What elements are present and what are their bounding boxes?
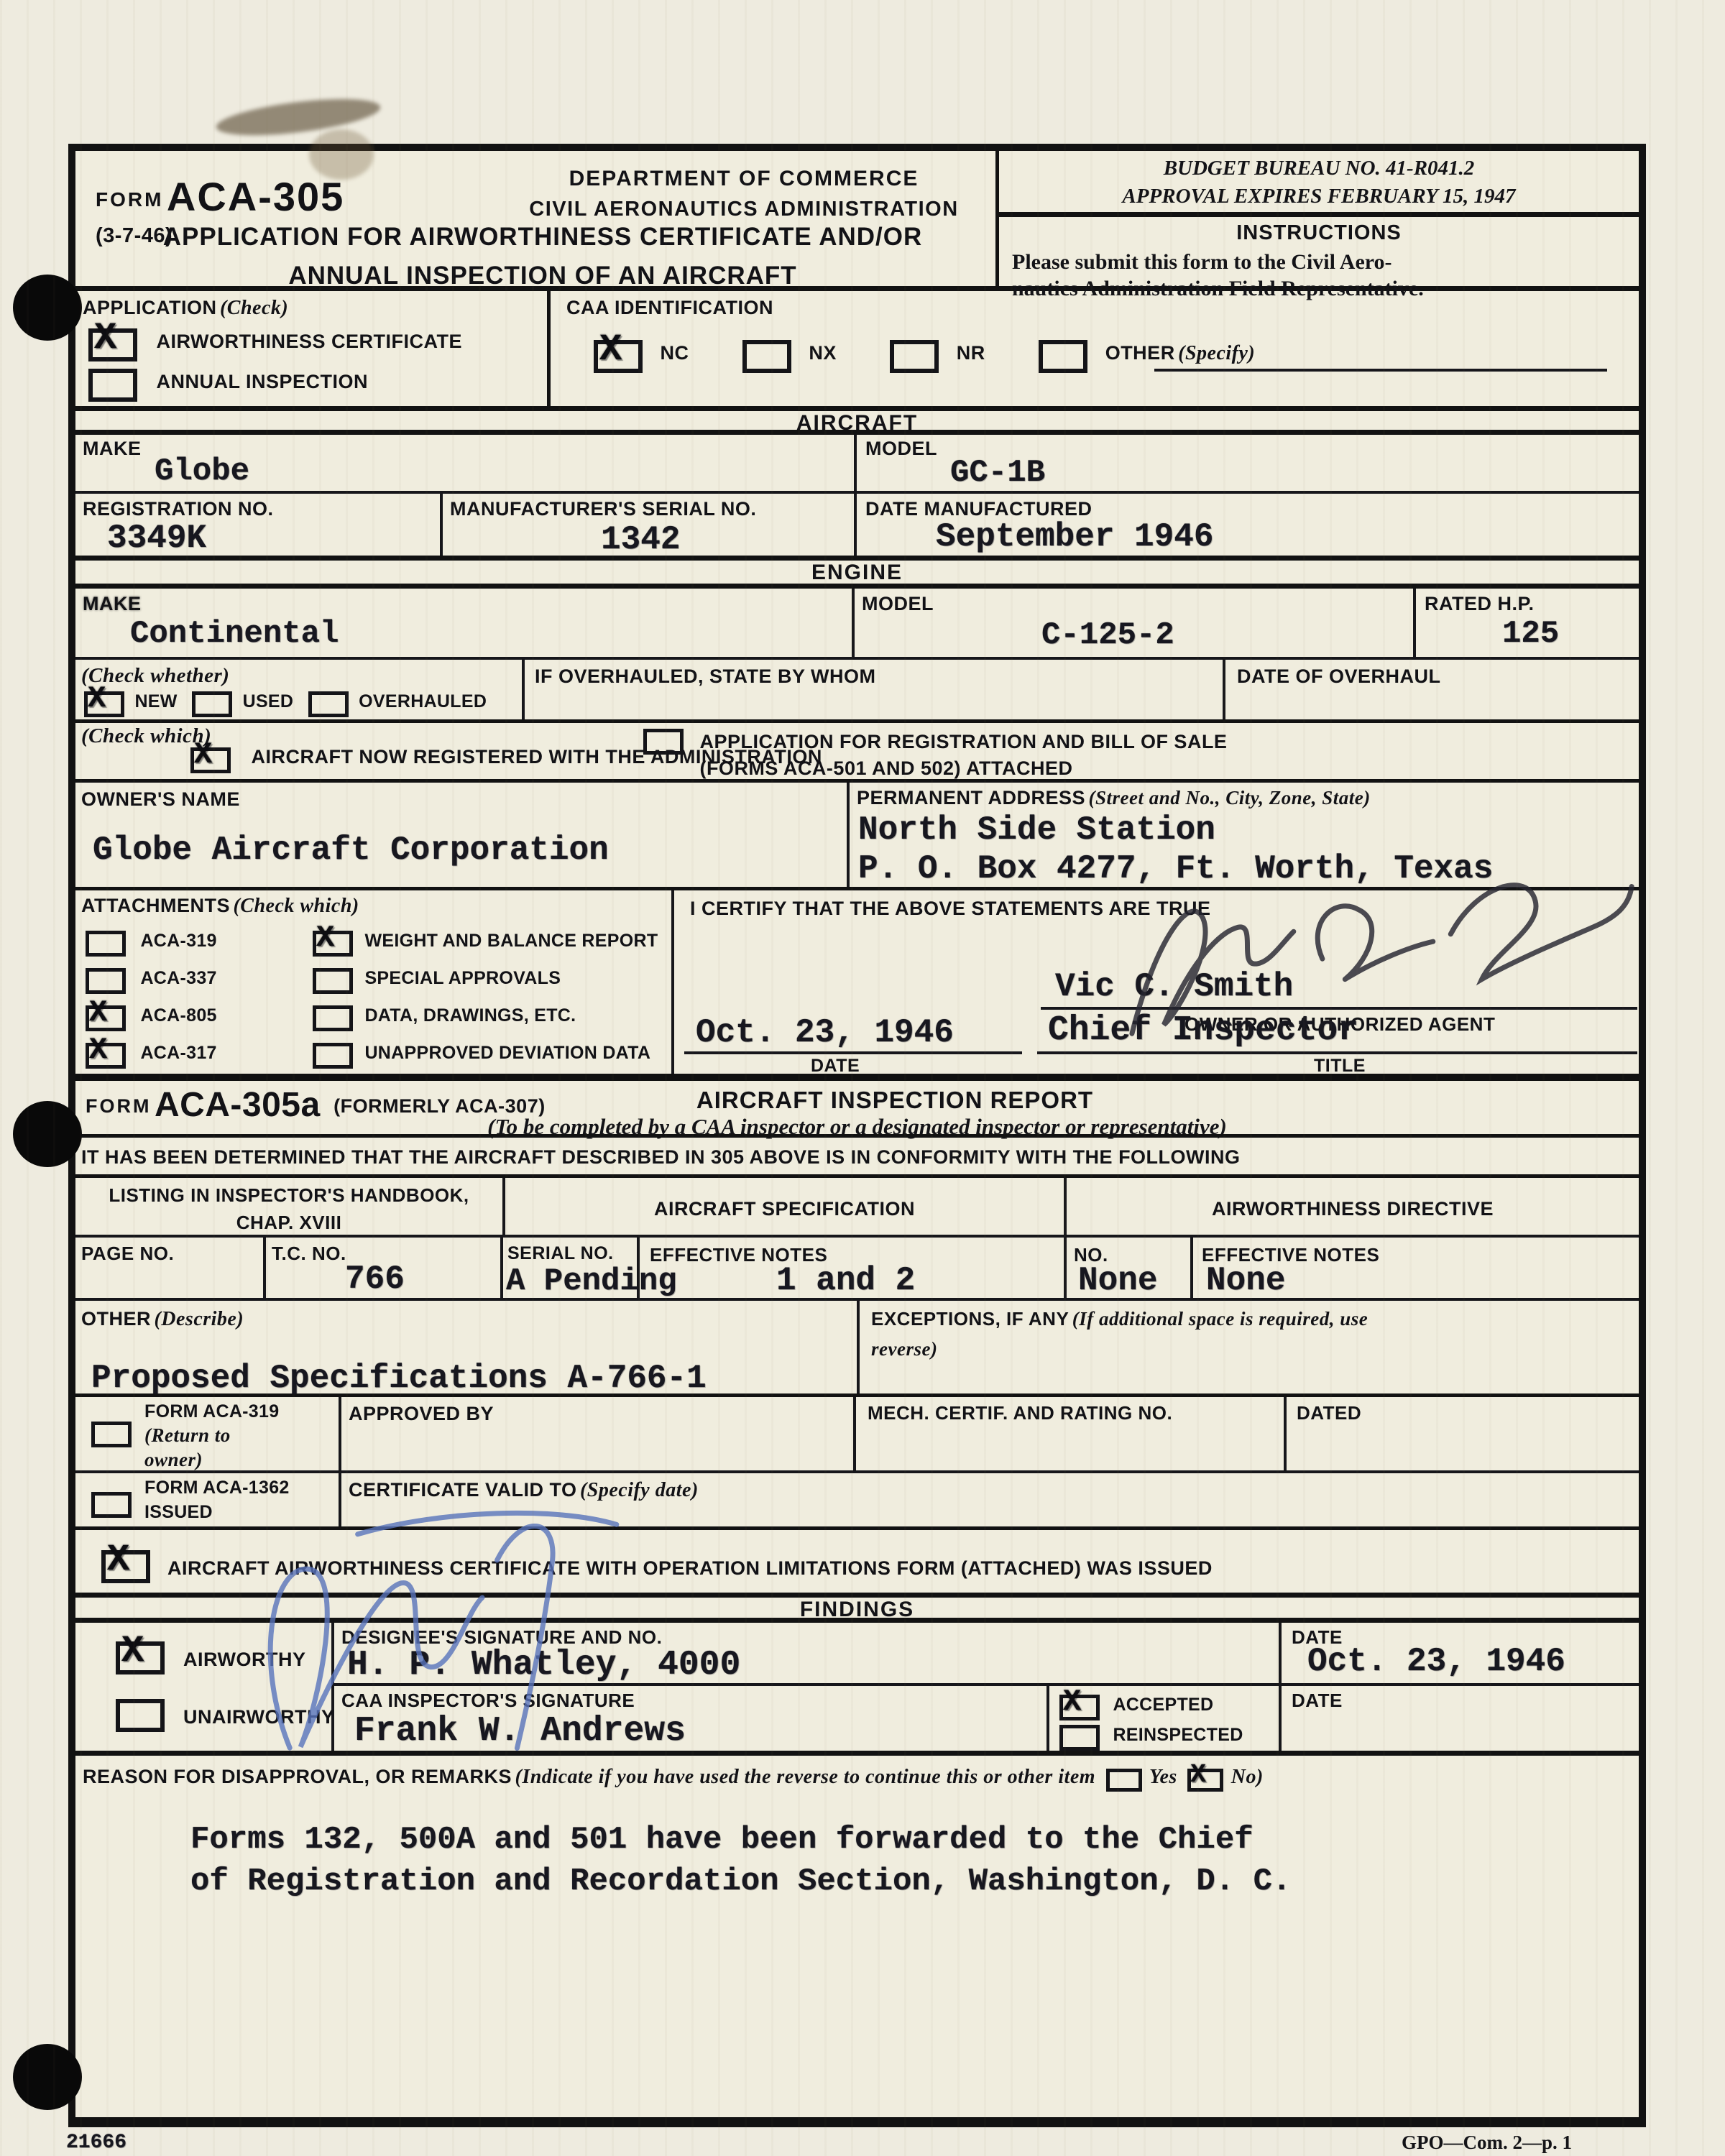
directive-no-cell: NO. None	[1067, 1238, 1193, 1298]
owner-name-label: OWNER'S NAME	[81, 788, 240, 811]
aircraft-registered-checkbox[interactable]: X	[190, 747, 231, 773]
checkbox-box	[192, 691, 232, 717]
designee-signature-cell: DESIGNEE'S SIGNATURE AND NO. H. P. Whatl…	[334, 1623, 1282, 1686]
checkbox-x-mark: X	[88, 681, 106, 716]
date-manufactured-label: DATE MANUFACTURED	[865, 498, 1092, 520]
directive-no-value: None	[1078, 1262, 1157, 1299]
remarks-line1: Forms 132, 500A and 501 have been forwar…	[190, 1822, 1253, 1858]
page-no-cell: PAGE NO.	[75, 1238, 266, 1298]
date-manufactured-cell: DATE MANUFACTURED September 1946	[857, 494, 1639, 556]
other-checkbox[interactable]	[1039, 340, 1087, 373]
checkbox-box	[88, 369, 137, 402]
date-of-overhaul-cell: DATE OF OVERHAUL	[1225, 660, 1639, 719]
designee-signature-value: H. P. Whatley, 4000	[347, 1646, 740, 1685]
form-label: FORM	[96, 188, 163, 211]
engine-model-label: MODEL	[862, 593, 934, 615]
form-aca-1362-checkbox[interactable]	[91, 1492, 132, 1518]
reason-for-disapproval-row: REASON FOR DISAPPROVAL, OR REMARKS (Indi…	[75, 1751, 1639, 1797]
engine-overhauled-checkbox[interactable]	[308, 691, 349, 717]
exceptions-cell: EXCEPTIONS, IF ANY (If additional space …	[860, 1301, 1639, 1393]
spec-serial-cell: SERIAL NO. A Pending	[503, 1238, 640, 1298]
data-drawings-label: DATA, DRAWINGS, ETC.	[364, 1005, 576, 1026]
attachments-label: ATTACHMENTS	[81, 895, 230, 916]
aircraft-spec-header: AIRCRAFT SPECIFICATION	[505, 1198, 1064, 1220]
header-right-cell: BUDGET BUREAU NO. 41-R041.2 APPROVAL EXP…	[999, 151, 1639, 286]
attachments-label-italic: (Check which)	[233, 895, 359, 917]
aca-319-label: ACA-319	[140, 931, 216, 951]
certificate-issued-row: X AIRCRAFT AIRWORTHINESS CERTIFICATE WIT…	[75, 1526, 1639, 1593]
accepted-reinspected-cell: X ACCEPTED REINSPECTED	[1049, 1686, 1282, 1751]
handbook-header-line1: LISTING IN INSPECTOR'S HANDBOOK,	[75, 1185, 502, 1207]
checkbox-x-mark: X	[599, 328, 622, 371]
checkbox-box	[313, 968, 353, 994]
form-305a-header-row: FORM ACA-305a (FORMERLY ACA-307) AIRCRAF…	[75, 1074, 1639, 1134]
directive-eff-notes-cell: EFFECTIVE NOTES None	[1193, 1238, 1639, 1298]
budget-bureau-number: BUDGET BUREAU NO. 41-R041.2	[999, 157, 1639, 180]
rated-hp-label: RATED H.P.	[1425, 593, 1535, 615]
bill-of-sale-label-line2: (FORMS ACA-501 AND 502) ATTACHED	[699, 757, 1227, 780]
engine-make-label: MAKE	[83, 593, 142, 615]
registration-no-cell: REGISTRATION NO. 3349K	[75, 494, 443, 556]
certification-cell: I CERTIFY THAT THE ABOVE STATEMENTS ARE …	[674, 890, 1639, 1074]
mech-certif-cell: MECH. CERTIF. AND RATING NO.	[856, 1397, 1287, 1470]
unairworthy-label: UNAIRWORTHY	[183, 1706, 335, 1728]
certificate-issued-label: AIRCRAFT AIRWORTHINESS CERTIFICATE WITH …	[167, 1557, 1213, 1580]
aircraft-section-title: AIRCRAFT	[796, 411, 918, 434]
attachments-cell: ATTACHMENTS (Check which) ACA-319 ACA-33…	[75, 890, 674, 1074]
findings-unairworthy-row: UNAIRWORTHY CAA INSPECTOR'S SIGNATURE Fr…	[75, 1686, 1639, 1751]
other-describe-cell: OTHER (Describe) Proposed Specifications…	[75, 1301, 860, 1393]
engine-section-title: ENGINE	[811, 561, 903, 584]
engine-make-model-row: MAKE Continental MODEL C-125-2 RATED H.P…	[75, 589, 1639, 657]
weight-balance-label: WEIGHT AND BALANCE REPORT	[364, 931, 658, 951]
engine-condition-row: (Check whether) X NEW USED OVERHAULED IF…	[75, 657, 1639, 719]
registration-no-label: REGISTRATION NO.	[83, 498, 274, 520]
handbook-header-cell: LISTING IN INSPECTOR'S HANDBOOK, CHAP. X…	[75, 1178, 505, 1235]
approved-by-cell: APPROVED BY	[341, 1397, 856, 1470]
certificate-issued-checkbox[interactable]: X	[101, 1550, 150, 1583]
accepted-checkbox[interactable]: X	[1059, 1695, 1100, 1720]
aircraft-model-cell: MODEL GC-1B	[857, 435, 1639, 491]
findings-section-bar: FINDINGS	[75, 1593, 1639, 1623]
permanent-address-label-italic: (Street and No., City, Zone, State)	[1088, 787, 1370, 808]
form-title-line1: APPLICATION FOR AIRWORTHINESS CERTIFICAT…	[104, 223, 981, 252]
airworthy-checkbox[interactable]: X	[116, 1641, 165, 1674]
certify-statement: I CERTIFY THAT THE ABOVE STATEMENTS ARE …	[690, 898, 1211, 920]
other-label-italic: (Specify)	[1178, 342, 1255, 364]
annual-inspection-checkbox[interactable]	[88, 369, 137, 402]
reason-for-disapproval-italic: (Indicate if you have used the reverse t…	[515, 1766, 1096, 1788]
engine-used-checkbox[interactable]	[192, 691, 232, 717]
application-cell: APPLICATION (Check) X AIRWORTHINESS CERT…	[75, 291, 551, 406]
aca-805-checkbox[interactable]: X	[86, 1005, 126, 1031]
serial-no-value: 1342	[601, 521, 680, 558]
checkbox-box	[91, 1492, 132, 1518]
aca-317-label: ACA-317	[140, 1043, 216, 1063]
form-aca-319-return-line2: owner)	[144, 1449, 203, 1471]
airworthiness-certificate-checkbox[interactable]: X	[88, 328, 137, 361]
spec-eff-notes-value: 1 and 2	[776, 1262, 915, 1299]
spec-serial-label: SERIAL NO.	[507, 1243, 614, 1264]
certify-title-value: Chief Inspector	[1048, 1011, 1358, 1050]
reverse-used-no-checkbox[interactable]: X	[1187, 1769, 1223, 1792]
certify-date-line[interactable]	[684, 1051, 1022, 1054]
reverse-used-yes-label: Yes	[1149, 1766, 1177, 1788]
other-specify-line[interactable]	[1154, 369, 1607, 372]
date-manufactured-value: September 1946	[936, 518, 1213, 556]
findings-date1-cell: DATE Oct. 23, 1946	[1282, 1623, 1639, 1686]
aircraft-make-model-row: MAKE Globe MODEL GC-1B	[75, 435, 1639, 491]
checkbox-box	[313, 1005, 353, 1031]
findings-date1-value: Oct. 23, 1946	[1307, 1643, 1565, 1680]
owner-address-line2: P. O. Box 4277, Ft. Worth, Texas	[858, 850, 1493, 888]
exceptions-label-italic2: reverse)	[871, 1338, 937, 1360]
aca-319-checkbox[interactable]	[86, 931, 126, 957]
spec-serial-value: A Pending	[506, 1263, 677, 1299]
nx-label: NX	[809, 342, 837, 364]
attachments-certify-row: ATTACHMENTS (Check which) ACA-319 ACA-33…	[75, 887, 1639, 1074]
directive-eff-notes-value: None	[1206, 1262, 1285, 1299]
checkbox-box	[1059, 1725, 1100, 1751]
check-whether-cell: (Check whether) X NEW USED OVERHAULED	[75, 660, 525, 719]
checkbox-box	[643, 729, 684, 755]
reverse-used-no-label: No)	[1231, 1766, 1264, 1788]
check-which-label: (Check which)	[81, 724, 211, 748]
remarks-area: Forms 132, 500A and 501 have been forwar…	[75, 1797, 1639, 2117]
spec-eff-notes-cell: EFFECTIVE NOTES 1 and 2	[640, 1238, 1067, 1298]
other-label: OTHER	[1105, 342, 1175, 364]
aircraft-model-value: GC-1B	[950, 455, 1045, 491]
aircraft-spec-header-cell: AIRCRAFT SPECIFICATION	[505, 1178, 1067, 1235]
page-no-label: PAGE NO.	[81, 1243, 174, 1265]
checkbox-x-mark: X	[1063, 1685, 1081, 1719]
other-describe-value: Proposed Specifications A-766-1	[91, 1360, 707, 1397]
unapproved-deviation-checkbox[interactable]	[313, 1043, 353, 1069]
overhauled-by-cell: IF OVERHAULED, STATE BY WHOM	[525, 660, 1225, 719]
nx-checkbox[interactable]	[742, 340, 791, 373]
special-approvals-checkbox[interactable]	[313, 968, 353, 994]
checkbox-x-mark: X	[89, 995, 107, 1030]
aca-805-label: ACA-805	[140, 1005, 216, 1026]
instructions-box: INSTRUCTIONS Please submit this form to …	[999, 217, 1639, 286]
form-header-row: FORM ACA-305 (3-7-46) DEPARTMENT OF COMM…	[75, 151, 1639, 291]
caa-identification-label: CAA IDENTIFICATION	[566, 297, 773, 319]
aca-317-checkbox[interactable]: X	[86, 1043, 126, 1069]
checkbox-x-mark: X	[194, 737, 212, 772]
form-id-title-cell: FORM ACA-305 (3-7-46) DEPARTMENT OF COMM…	[75, 151, 999, 286]
airworthiness-certificate-label: AIRWORTHINESS CERTIFICATE	[156, 331, 462, 352]
checkbox-box	[116, 1699, 165, 1732]
owner-row: OWNER'S NAME Globe Aircraft Corporation …	[75, 779, 1639, 887]
nr-checkbox[interactable]	[890, 340, 939, 373]
application-label-italic: (Check)	[220, 297, 288, 319]
aircraft-section-bar: AIRCRAFT	[75, 406, 1639, 435]
checkbox-x-mark: X	[121, 1630, 144, 1672]
form-305a-form-label: FORM	[86, 1095, 151, 1117]
checkbox-x-mark: X	[1190, 1760, 1206, 1789]
nr-label: NR	[957, 342, 985, 364]
dated-cell: DATED	[1287, 1397, 1639, 1470]
application-row: APPLICATION (Check) X AIRWORTHINESS CERT…	[75, 291, 1639, 406]
approval-expiry: APPROVAL EXPIRES FEBRUARY 15, 1947	[999, 185, 1639, 208]
findings-date2-label: DATE	[1292, 1690, 1343, 1712]
checkbox-box	[890, 340, 939, 373]
owner-name-value: Globe Aircraft Corporation	[93, 831, 609, 869]
exceptions-label: EXCEPTIONS, IF ANY	[871, 1308, 1069, 1330]
caa-inspector-signature-cell: CAA INSPECTOR'S SIGNATURE Frank W. Andre…	[334, 1686, 1049, 1751]
registration-no-value: 3349K	[107, 520, 206, 557]
instructions-title: INSTRUCTIONS	[999, 221, 1639, 245]
aca-337-label: ACA-337	[140, 968, 216, 988]
aircraft-make-label: MAKE	[83, 438, 142, 460]
certify-title-line[interactable]	[1037, 1051, 1637, 1054]
owner-signature-name: Vic C. Smith	[1055, 968, 1293, 1005]
caa-identification-cell: CAA IDENTIFICATION X NC NX NR OTHER (Spe…	[551, 291, 1639, 406]
reinspected-checkbox[interactable]	[1059, 1725, 1100, 1751]
airworthy-checkbox-cell: X AIRWORTHY	[75, 1623, 334, 1686]
airworthy-label: AIRWORTHY	[183, 1649, 306, 1671]
form-aca-1362-row: FORM ACA-1362 ISSUED CERTIFICATE VALID T…	[75, 1470, 1639, 1526]
scan-stain-speck	[309, 129, 374, 180]
data-drawings-checkbox[interactable]	[313, 1005, 353, 1031]
rated-hp-cell: RATED H.P. 125	[1416, 589, 1639, 657]
inspection-table-values-row: PAGE NO. T.C. NO. 766 SERIAL NO. A Pendi…	[75, 1235, 1639, 1298]
owner-address-line1: North Side Station	[858, 811, 1215, 849]
certificate-valid-to-label: CERTIFICATE VALID TO	[349, 1479, 577, 1501]
engine-used-label: USED	[243, 691, 294, 711]
tc-no-cell: T.C. NO. 766	[266, 1238, 503, 1298]
nc-checkbox[interactable]: X	[594, 340, 643, 373]
bill-of-sale-checkbox[interactable]	[643, 729, 684, 755]
tc-no-label: T.C. NO.	[272, 1243, 346, 1265]
engine-model-value: C-125-2	[1041, 617, 1174, 653]
overhauled-by-label: IF OVERHAULED, STATE BY WHOM	[535, 665, 876, 688]
findings-airworthy-row: X AIRWORTHY DESIGNEE'S SIGNATURE AND NO.…	[75, 1623, 1639, 1686]
form-title-line2: ANNUAL INSPECTION OF AN AIRCRAFT	[104, 262, 981, 290]
agency-line: CIVIL AERONAUTICS ADMINISTRATION	[478, 198, 1010, 221]
checkbox-box	[86, 968, 126, 994]
caa-inspector-signature-value: Frank W. Andrews	[354, 1712, 686, 1751]
serial-no-label: MANUFACTURER'S SERIAL NO.	[450, 498, 756, 520]
checkbox-box	[91, 1422, 132, 1447]
aca-337-checkbox[interactable]	[86, 968, 126, 994]
department-line: DEPARTMENT OF COMMERCE	[478, 167, 1010, 192]
weight-balance-checkbox[interactable]: X	[313, 931, 353, 957]
checkbox-box	[1106, 1769, 1142, 1792]
checkbox-box	[742, 340, 791, 373]
accepted-label: ACCEPTED	[1113, 1695, 1213, 1715]
form-aca-305: FORM ACA-305 (3-7-46) DEPARTMENT OF COMM…	[68, 144, 1646, 2127]
checkbox-box	[86, 931, 126, 957]
remarks-line2: of Registration and Recordation Section,…	[190, 1864, 1291, 1899]
airworthiness-directive-header-cell: AIRWORTHINESS DIRECTIVE	[1067, 1178, 1639, 1235]
aircraft-make-value: Globe	[155, 453, 249, 489]
certificate-valid-to-italic: (Specify date)	[580, 1479, 699, 1501]
footer-gpo-note: GPO—Com. 2—p. 1	[1402, 2132, 1572, 2154]
approved-by-label: APPROVED BY	[349, 1403, 494, 1425]
airworthiness-directive-header: AIRWORTHINESS DIRECTIVE	[1067, 1198, 1639, 1220]
nc-label: NC	[660, 342, 689, 364]
other-describe-label-italic: (Describe)	[154, 1308, 244, 1330]
unapproved-deviation-label: UNAPPROVED DEVIATION DATA	[364, 1043, 650, 1063]
punch-hole-middle	[13, 1101, 82, 1167]
checkbox-x-mark: X	[94, 317, 116, 359]
engine-new-label: NEW	[134, 691, 177, 711]
other-exceptions-row: OTHER (Describe) Proposed Specifications…	[75, 1298, 1639, 1393]
checkbox-box	[308, 691, 349, 717]
engine-make-value: Continental	[130, 616, 339, 652]
engine-model-cell: MODEL C-125-2	[855, 589, 1416, 657]
scanned-document-page: FORM ACA-305 (3-7-46) DEPARTMENT OF COMM…	[0, 0, 1725, 2156]
form-aca-319-return-line1: (Return to	[144, 1424, 231, 1447]
owner-signature-line[interactable]	[1041, 1007, 1637, 1010]
aircraft-make-cell: MAKE Globe	[75, 435, 857, 491]
serial-no-cell: MANUFACTURER'S SERIAL NO. 1342	[443, 494, 857, 556]
engine-new-checkbox[interactable]: X	[84, 691, 124, 717]
caa-inspector-signature-label: CAA INSPECTOR'S SIGNATURE	[341, 1690, 635, 1712]
form-number: ACA-305	[167, 174, 344, 219]
punch-hole-top	[13, 275, 82, 341]
checkbox-x-mark: X	[89, 1033, 107, 1067]
conformity-statement: IT HAS BEEN DETERMINED THAT THE AIRCRAFT…	[81, 1146, 1241, 1169]
form-aca-1362-issued-label: ISSUED	[144, 1502, 213, 1523]
engine-overhauled-label: OVERHAULED	[359, 691, 487, 711]
form-aca-1362-label: FORM ACA-1362	[144, 1478, 290, 1498]
form-aca-319-checkbox[interactable]	[91, 1422, 132, 1447]
form-aca-319-row: FORM ACA-319 (Return to owner) APPROVED …	[75, 1393, 1639, 1470]
findings-date2-cell: DATE	[1282, 1686, 1639, 1751]
bill-of-sale-label-line1: APPLICATION FOR REGISTRATION AND BILL OF…	[699, 731, 1227, 753]
engine-section-bar: ENGINE	[75, 556, 1639, 589]
owner-name-cell: OWNER'S NAME Globe Aircraft Corporation	[75, 783, 850, 887]
instructions-text-line1: Please submit this form to the Civil Aer…	[1012, 249, 1632, 275]
reason-for-disapproval-label: REASON FOR DISAPPROVAL, OR REMARKS	[83, 1766, 512, 1787]
engine-make-cell: MAKE Continental	[75, 589, 855, 657]
conformity-row: IT HAS BEEN DETERMINED THAT THE AIRCRAFT…	[75, 1134, 1639, 1174]
mech-certif-label: MECH. CERTIF. AND RATING NO.	[868, 1403, 1172, 1424]
rated-hp-value: 125	[1502, 616, 1559, 652]
tc-no-value: 766	[345, 1261, 405, 1298]
dated-label: DATED	[1297, 1403, 1361, 1424]
application-label: APPLICATION	[83, 297, 217, 318]
aircraft-model-label: MODEL	[865, 438, 937, 460]
reinspected-label: REINSPECTED	[1113, 1725, 1243, 1745]
certificate-valid-to-cell: CERTIFICATE VALID TO (Specify date)	[341, 1473, 1639, 1526]
date-of-overhaul-label: DATE OF OVERHAUL	[1237, 665, 1441, 688]
checkbox-box	[1039, 340, 1087, 373]
budget-bureau-box: BUDGET BUREAU NO. 41-R041.2 APPROVAL EXP…	[999, 151, 1639, 217]
unairworthy-checkbox[interactable]	[116, 1699, 165, 1732]
permanent-address-label: PERMANENT ADDRESS	[857, 787, 1085, 808]
owner-address-cell: PERMANENT ADDRESS (Street and No., City,…	[850, 783, 1639, 887]
handbook-header-line2: CHAP. XVIII	[75, 1212, 502, 1234]
aca-319-return-cell: FORM ACA-319 (Return to owner)	[75, 1397, 341, 1470]
checkbox-x-mark: X	[316, 921, 334, 955]
findings-section-title: FINDINGS	[800, 1598, 914, 1621]
registration-status-row: (Check which) X AIRCRAFT NOW REGISTERED …	[75, 719, 1639, 779]
exceptions-label-italic: (If additional space is required, use	[1072, 1308, 1368, 1330]
special-approvals-label: SPECIAL APPROVALS	[364, 968, 561, 988]
inspection-table-header-row: LISTING IN INSPECTOR'S HANDBOOK, CHAP. X…	[75, 1174, 1639, 1235]
unairworthy-checkbox-cell: UNAIRWORTHY	[75, 1686, 334, 1751]
form-aca-319-label: FORM ACA-319	[144, 1401, 279, 1422]
punch-hole-bottom	[13, 2044, 82, 2110]
aircraft-registration-row: REGISTRATION NO. 3349K MANUFACTURER'S SE…	[75, 491, 1639, 556]
other-describe-label: OTHER	[81, 1308, 151, 1330]
certify-date-value: Oct. 23, 1946	[696, 1014, 954, 1051]
footer-print-code: 21666	[66, 2132, 126, 2154]
checkbox-box	[313, 1043, 353, 1069]
aca-1362-issued-cell: FORM ACA-1362 ISSUED	[75, 1473, 341, 1526]
checkbox-x-mark: X	[107, 1539, 129, 1581]
reverse-used-yes-checkbox[interactable]	[1106, 1769, 1142, 1792]
annual-inspection-label: ANNUAL INSPECTION	[156, 371, 368, 392]
inspection-report-title: AIRCRAFT INSPECTION REPORT	[650, 1087, 1139, 1114]
